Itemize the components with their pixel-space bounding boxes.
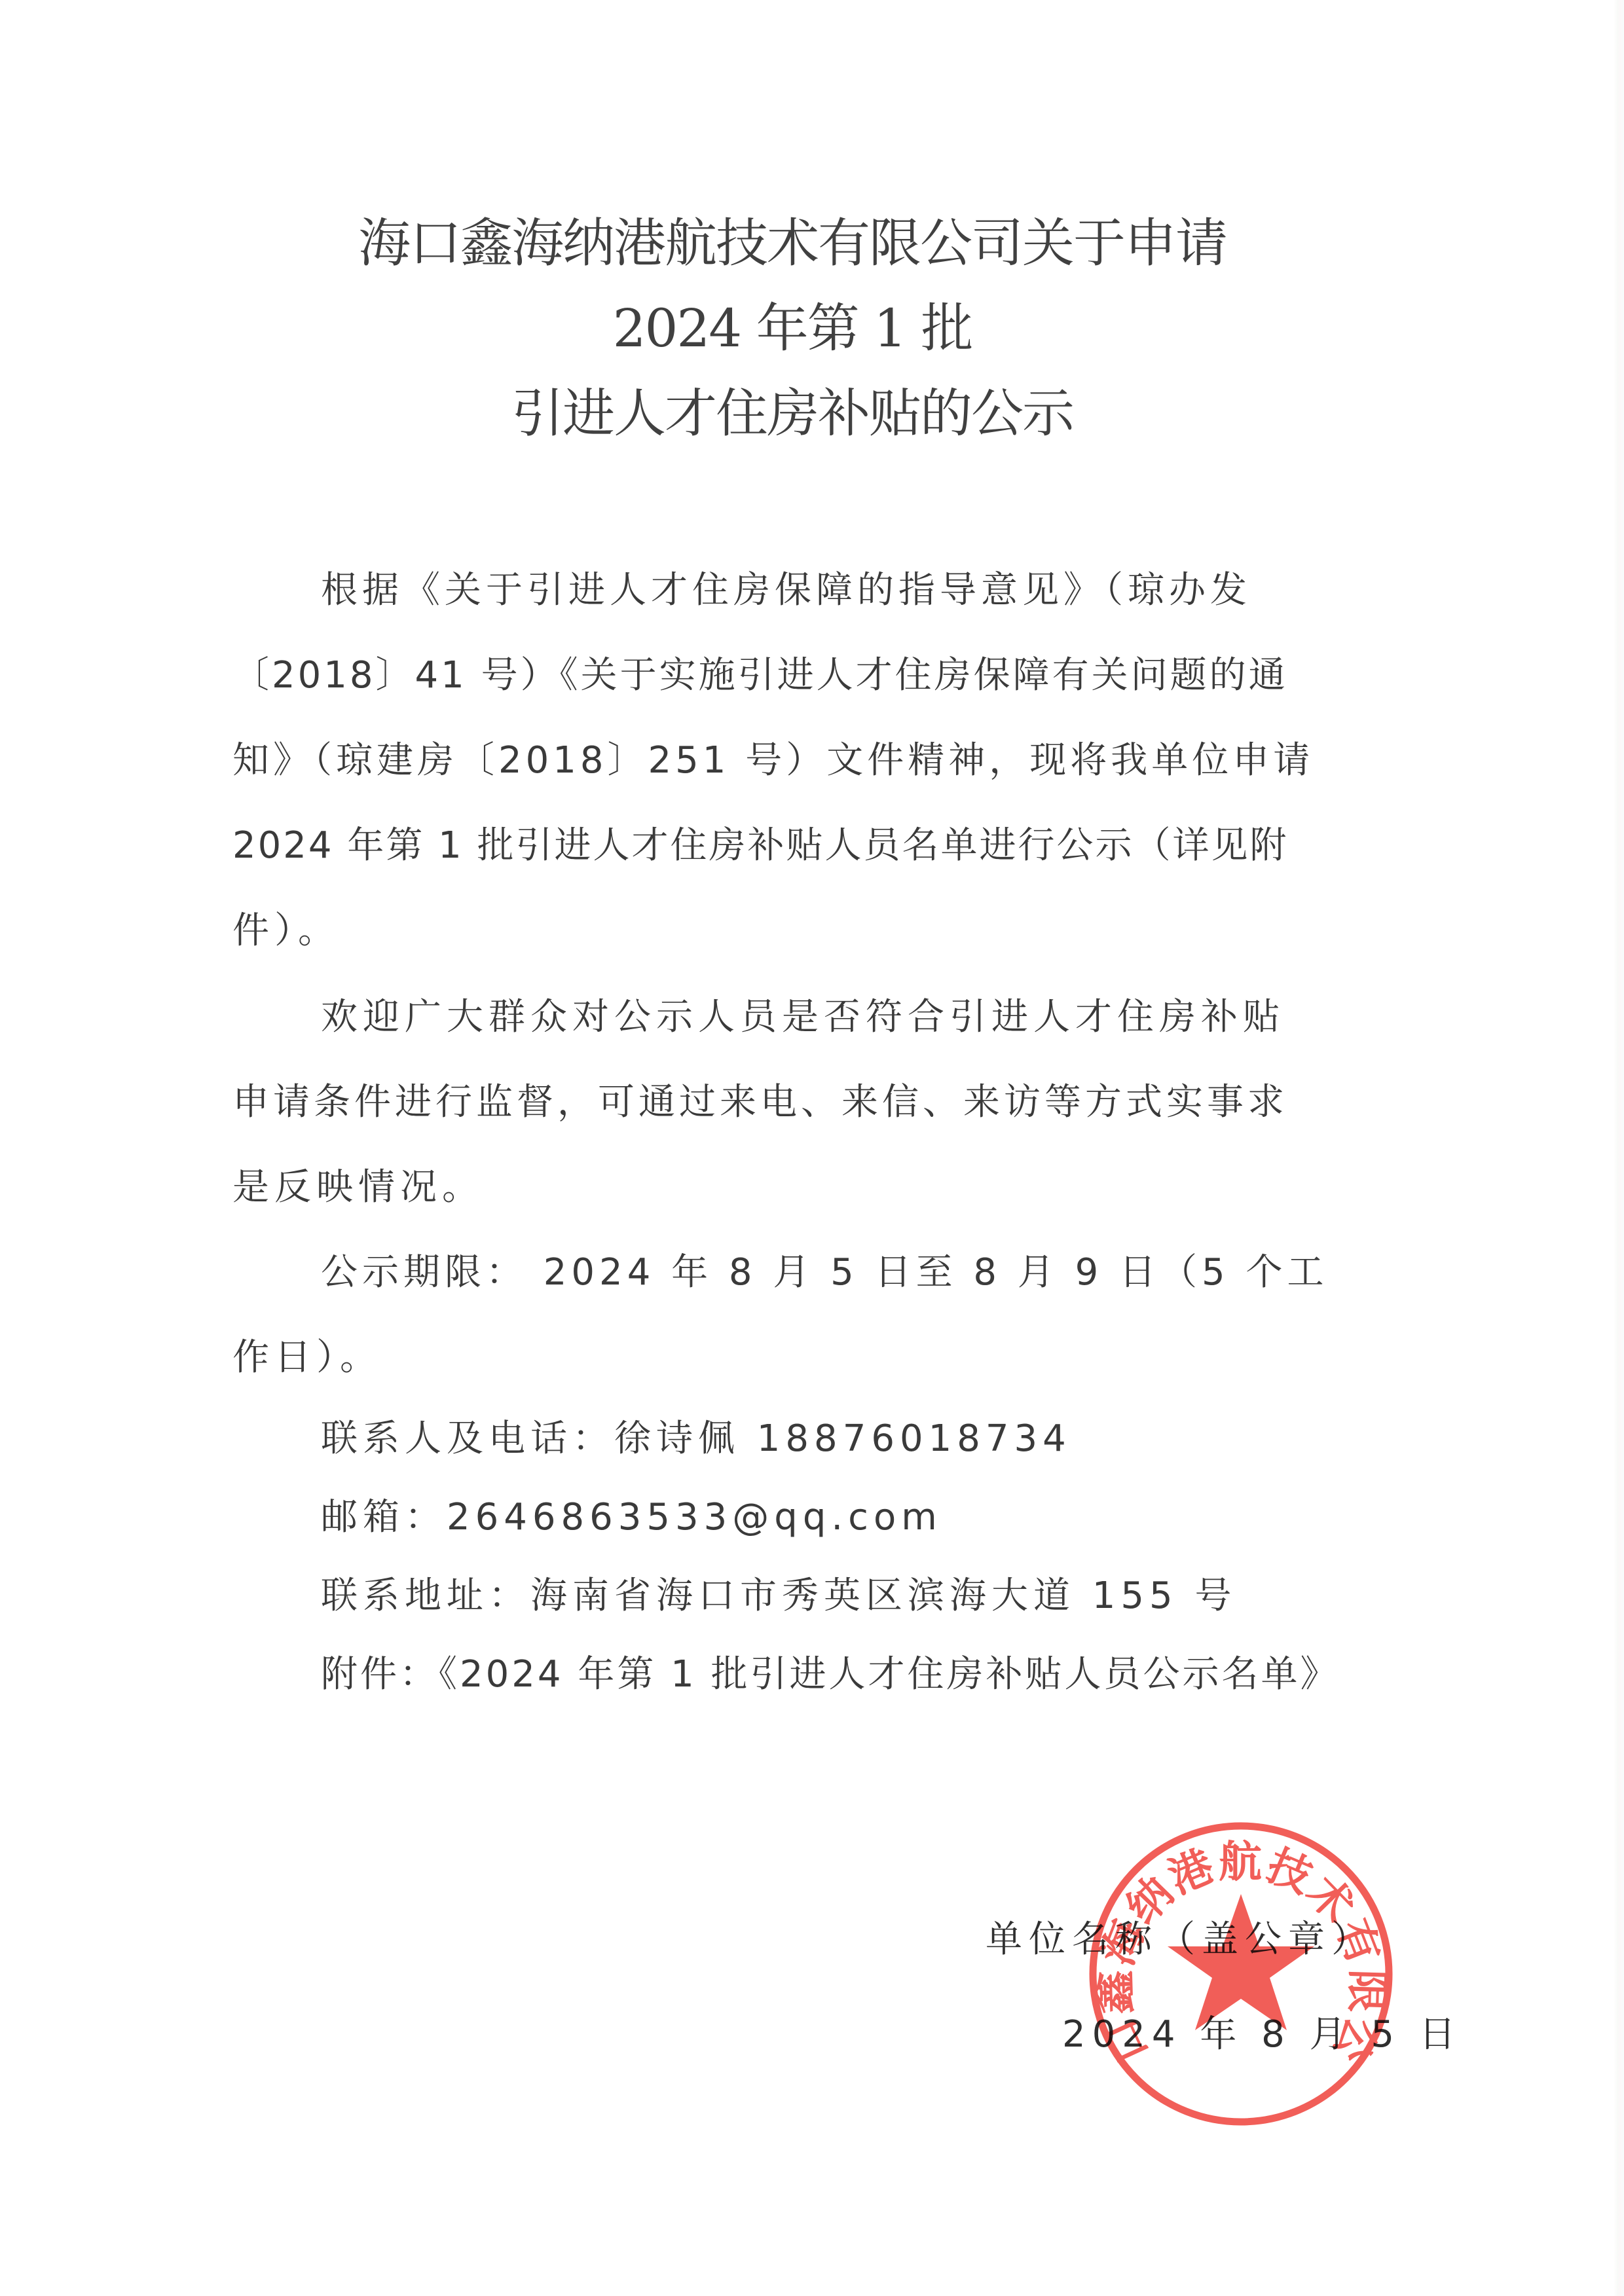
official-seal: 海口鑫海纳港航技术有限公司 xyxy=(1084,1817,1398,2131)
paragraph-2-line-3: 是反映情况。 xyxy=(232,1165,484,1211)
contact-person-row: 联系人及电话：徐诗佩 18876018734 xyxy=(321,1416,1071,1462)
contact-person-value: 徐诗佩 18876018734 xyxy=(614,1417,1071,1460)
address-row: 联系地址：海南省海口市秀英区滨海大道 155 号 xyxy=(321,1573,1237,1619)
document-title-line-2: 2024 年第 1 批 xyxy=(0,296,1585,361)
document-title-line-3: 引进人才住房补贴的公示 xyxy=(0,381,1585,446)
paragraph-2-line-2: 申请条件进行监督，可通过来电、来信、来访等方式实事求 xyxy=(232,1080,1288,1125)
address-label: 联系地址： xyxy=(321,1575,530,1617)
email-value: 2646863533@qq.com xyxy=(447,1496,942,1539)
scan-edge-artifact xyxy=(1614,0,1624,2296)
seal-icon: 海口鑫海纳港航技术有限公司 xyxy=(1084,1817,1398,2131)
document-page: 海口鑫海纳港航技术有限公司关于申请 2024 年第 1 批 引进人才住房补贴的公… xyxy=(0,0,1624,2296)
contact-person-label: 联系人及电话： xyxy=(321,1417,614,1460)
paragraph-1-line-3: 知》（琼建房〔2018〕251 号）文件精神，现将我单位申请 xyxy=(232,738,1314,784)
attachment-row: 附件：《2024 年第 1 批引进人才住房补贴人员公示名单》 xyxy=(321,1652,1340,1698)
email-row: 邮箱：2646863533@qq.com xyxy=(321,1495,942,1540)
seal-star-icon xyxy=(1168,1894,1314,2030)
paragraph-1-line-1: 根据《关于引进人才住房保障的指导意见》（琼办发 xyxy=(321,568,1251,613)
attachment-label: 附件： xyxy=(321,1653,439,1696)
paragraph-2-line-1: 欢迎广大群众对公示人员是否符合引进人才住房补贴 xyxy=(321,994,1285,1040)
period-line-1: 公示期限： 2024 年 8 月 5 日至 8 月 9 日（5 个工 xyxy=(321,1250,1328,1296)
paragraph-1-line-2: 〔2018〕41 号）《关于实施引进人才住房保障有关问题的通 xyxy=(232,653,1288,699)
paragraph-1-line-5: 件）。 xyxy=(232,908,340,954)
attachment-value: 《2024 年第 1 批引进人才住房补贴人员公示名单》 xyxy=(439,1653,1340,1696)
paragraph-1-line-4: 2024 年第 1 批引进人才住房补贴人员名单进行公示（详见附 xyxy=(232,823,1289,869)
email-label: 邮箱： xyxy=(321,1496,447,1539)
document-title-line-1: 海口鑫海纳港航技术有限公司关于申请 xyxy=(0,211,1585,276)
period-line-2: 作日）。 xyxy=(232,1335,382,1381)
address-value: 海南省海口市秀英区滨海大道 155 号 xyxy=(530,1575,1237,1617)
